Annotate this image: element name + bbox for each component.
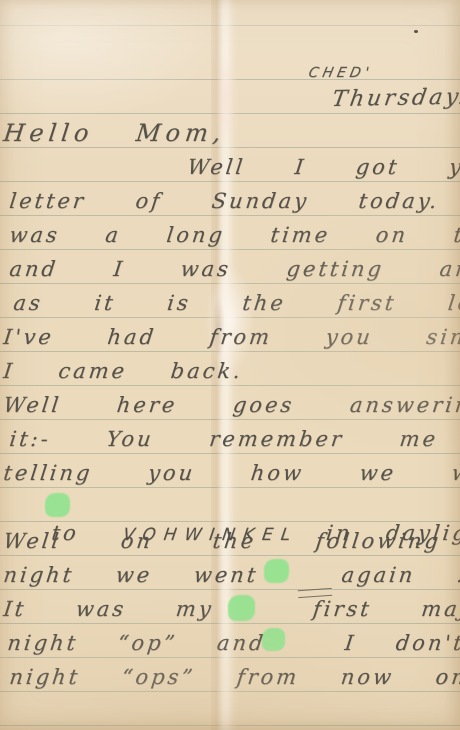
letter-line: telling you how we went [2, 460, 460, 486]
letter-line-salutation: Hello Mom, [2, 120, 227, 146]
letter-line: Well here goes answering [2, 392, 460, 418]
letter-line: it:- You remember me [8, 426, 440, 452]
letter-line: was a long time on the way [8, 222, 460, 248]
letter-line: letter of Sunday today. It [8, 188, 460, 214]
letter-line: night “ops” from now on !! [8, 664, 460, 690]
header-date: Thursday. [330, 85, 460, 113]
letter-line: and I was getting anxious [8, 256, 460, 282]
scanned-letter: CHED' Thursday. Hello Mom, Well I got yo… [0, 0, 460, 730]
letter-line: Well I got your [186, 154, 460, 180]
header-unit: CHED' [306, 60, 375, 86]
letter-line: I've had from you since [2, 324, 460, 350]
letter-line: It was my first major [2, 596, 460, 622]
ink-speck [414, 30, 418, 33]
letter-line: I came back. [2, 358, 245, 384]
letter-line: as it is the first letter [12, 290, 460, 316]
letter-line: Well on the following [2, 528, 443, 554]
letter-line: night “op” and I don't like [6, 630, 460, 656]
letter-line: night we went again !! [2, 562, 460, 588]
